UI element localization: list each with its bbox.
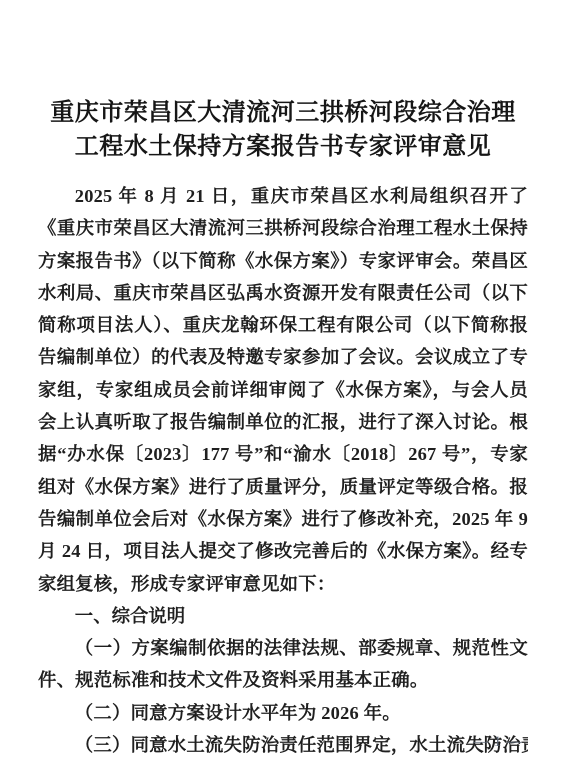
paragraph-intro: 2025 年 8 月 21 日，重庆市荣昌区水利局组织召开了《重庆市荣昌区大清流… <box>38 180 528 600</box>
document-content: 重庆市荣昌区大清流河三拱桥河段综合治理工程水土保持方案报告书专家评审意见 202… <box>0 0 565 761</box>
document-title: 重庆市荣昌区大清流河三拱桥河段综合治理工程水土保持方案报告书专家评审意见 <box>44 96 522 164</box>
paragraph-item-2: （二）同意方案设计水平年为 2026 年。 <box>38 697 528 729</box>
document-page: 重庆市荣昌区大清流河三拱桥河段综合治理工程水土保持方案报告书专家评审意见 202… <box>0 0 565 782</box>
paragraph-item-1: （一）方案编制依据的法律法规、部委规章、规范性文件、规范标准和技术文件及资料采用… <box>38 632 528 697</box>
section-heading-general-notes: 一、综合说明 <box>38 600 528 632</box>
page-number: — 1 — <box>473 735 523 750</box>
paragraph-item-3: （三）同意水土流失防治责任范围界定，水土流失防治责任 <box>38 729 528 761</box>
